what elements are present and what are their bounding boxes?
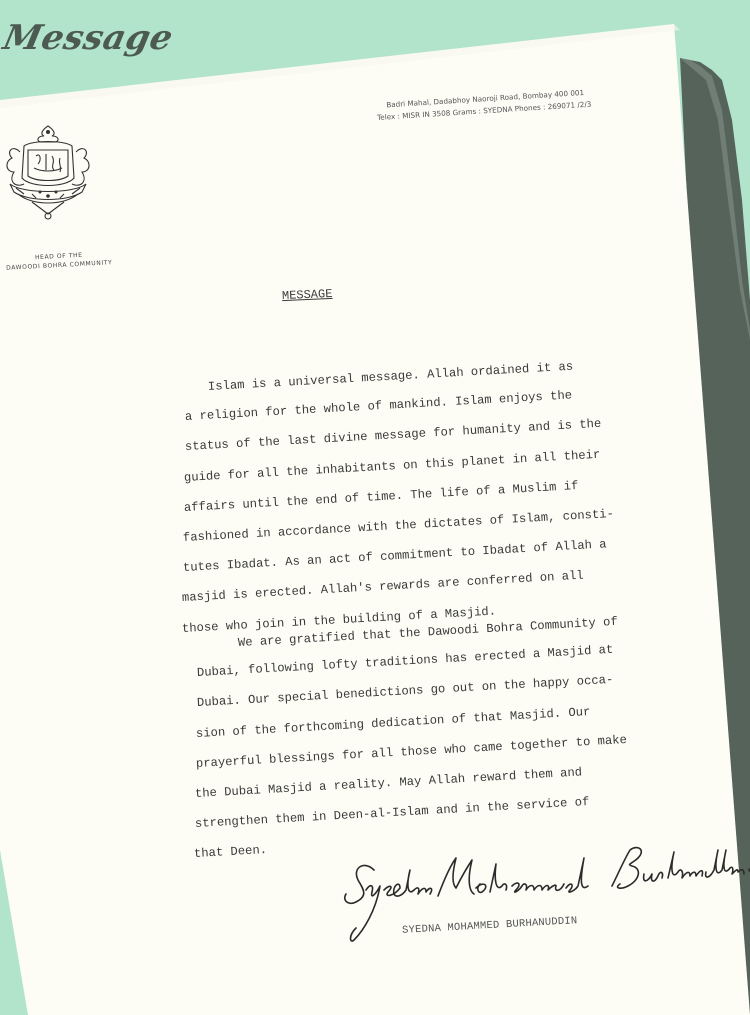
crest-emblem-icon	[2, 122, 94, 222]
body-line: sion of the forthcoming dedication of th…	[196, 705, 591, 741]
letter-title: MESSAGE	[282, 287, 333, 303]
body-line: masjid is erected. Allah's rewards are c…	[182, 569, 584, 605]
handwritten-signature	[334, 840, 750, 950]
body-line: Islam is a universal message. Allah orda…	[208, 360, 574, 394]
body-line: guide for all the inhabitants on this pl…	[184, 447, 601, 484]
body-line: the Dubai Masjid a reality. May Allah re…	[195, 765, 583, 801]
body-line: a religion for the whole of mankind. Isl…	[185, 389, 573, 425]
letterhead-address: Badri Mahal, Dadabhoy Naoroji Road, Bomb…	[376, 83, 647, 124]
emblem-caption: HEAD OF THE DAWOODI BOHRA COMMUNITY	[0, 249, 118, 273]
body-line: that Deen.	[194, 843, 268, 861]
body-line: status of the last divine message for hu…	[184, 417, 601, 454]
body-line: fashioned in accordance with the dictate…	[183, 507, 615, 545]
body-line: strengthen them in Deen-al-Islam and in …	[194, 795, 589, 831]
body-line: tutes Ibadat. As an act of commitment to…	[182, 538, 606, 576]
body-line: Dubai. Our special benedictions go out o…	[196, 673, 613, 710]
scanned-letter-page: Message	[0, 0, 750, 1015]
body-line: prayerful blessings for all those who ca…	[195, 733, 627, 771]
letter-content: HEAD OF THE DAWOODI BOHRA COMMUNITY Badr…	[0, 0, 750, 1015]
body-line: affairs until the end of time. The life …	[183, 479, 578, 515]
